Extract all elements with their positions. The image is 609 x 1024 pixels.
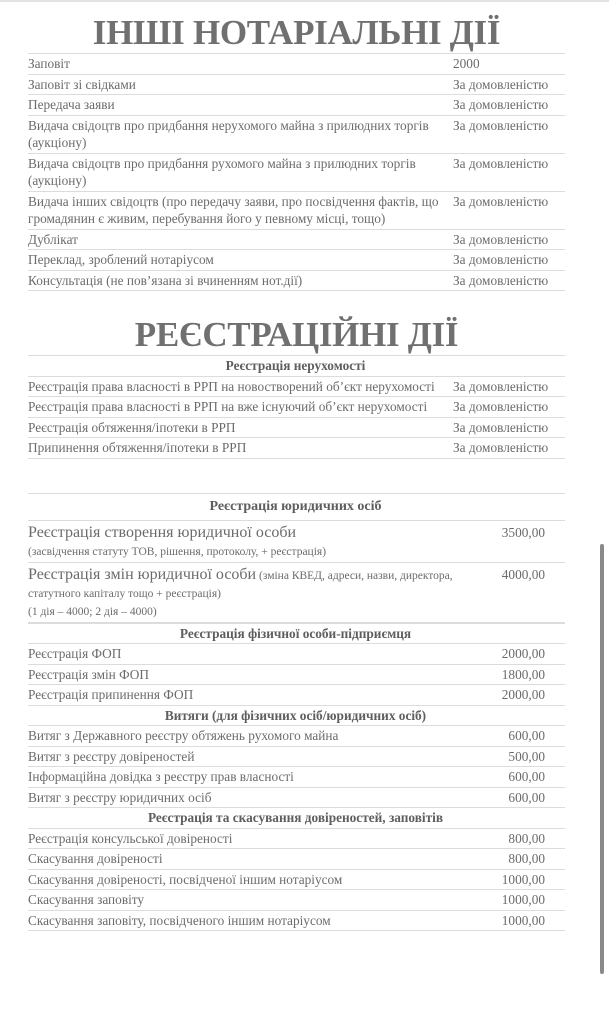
table-row: Скасування довіреності, посвідченої інши… <box>28 869 565 890</box>
table-section-header: Реєстрація юридичних осіб <box>28 493 565 521</box>
table-row: Реєстрація створення юридичної особи (за… <box>28 521 565 563</box>
table-row: Скасування довіреності800,00 <box>28 849 565 870</box>
price-cell: 3500,00 <box>473 521 565 563</box>
table-row: Реєстрація консульської довіреності800,0… <box>28 828 565 849</box>
service-cell: Скасування заповіту, посвідченого іншим … <box>28 910 473 931</box>
service-cell: Видача інших свідоцтв (про передачу заяв… <box>28 191 451 229</box>
service-note-2: (1 дія – 4000; 2 дія – 4000) <box>28 606 157 618</box>
table-row: Заповіт2000 <box>28 54 565 75</box>
table-row: Скасування заповіту, посвідченого іншим … <box>28 910 565 931</box>
price-cell: За домовленістю <box>453 397 565 418</box>
table-row: Передача заявиЗа домовленістю <box>28 95 565 116</box>
table-row: ДублікатЗа домовленістю <box>28 229 565 250</box>
price-cell: 500,00 <box>473 746 565 767</box>
price-cell: 1000,00 <box>473 910 565 931</box>
table-row: Заповіт зі свідкамиЗа домовленістю <box>28 74 565 95</box>
table-row: Реєстрація ФОП2000,00 <box>28 644 565 665</box>
service-cell: Дублікат <box>28 229 451 250</box>
price-list: ІНШІ НОТАРІАЛЬНІ ДІЇ Заповіт2000Заповіт … <box>28 0 565 931</box>
price-cell: За домовленістю <box>451 250 565 271</box>
service-cell: Витяг з реєстру юридичних осіб <box>28 787 473 808</box>
price-cell: За домовленістю <box>451 191 565 229</box>
table-row: Витяг з Державного реєстру обтяжень рухо… <box>28 726 565 747</box>
price-cell: За домовленістю <box>453 417 565 438</box>
service-cell: Реєстрація консульської довіреності <box>28 828 473 849</box>
service-cell: Переклад, зроблений нотаріусом <box>28 250 451 271</box>
service-cell: Інформаційна довідка з реєстру прав влас… <box>28 767 473 788</box>
service-cell: Реєстрація змін юридичної особи (зміна К… <box>28 562 473 622</box>
price-cell: За домовленістю <box>453 438 565 459</box>
price-cell: За домовленістю <box>451 115 565 153</box>
service-cell: Консультація (не пов’язана зі вчиненням … <box>28 270 451 291</box>
price-cell: За домовленістю <box>453 376 565 397</box>
service-note: (засвідчення статуту ТОВ, рішення, прото… <box>28 546 326 558</box>
price-cell: 2000 <box>451 54 565 75</box>
table-section-header: Реєстрація та скасування довіреностей, з… <box>28 808 565 829</box>
table-section-header: Реєстрація нерухомості <box>28 356 565 377</box>
table-row: Припинення обтяження/іпотеки в РРПЗа дом… <box>28 438 565 459</box>
section-heading-individual-entrepreneur: Реєстрація фізичної особи-підприємця <box>28 623 565 644</box>
section-heading-powers-wills: Реєстрація та скасування довіреностей, з… <box>28 808 565 829</box>
table-row: Витяг з реєстру довіреностей500,00 <box>28 746 565 767</box>
service-cell: Реєстрація ФОП <box>28 644 473 665</box>
price-cell: 1000,00 <box>473 869 565 890</box>
service-cell: Реєстрація припинення ФОП <box>28 685 473 706</box>
service-cell: Реєстрація права власності в РРП на вже … <box>28 397 453 418</box>
service-note: статутного капіталу тощо + реєстрація) <box>28 588 221 600</box>
table-row: Інформаційна довідка з реєстру прав влас… <box>28 767 565 788</box>
table-row: Реєстрація змін юридичної особи (зміна К… <box>28 562 565 622</box>
table-row: Реєстрація обтяження/іпотеки в РРПЗа дом… <box>28 417 565 438</box>
price-cell: За домовленістю <box>451 95 565 116</box>
price-cell: За домовленістю <box>451 229 565 250</box>
service-cell: Реєстрація права власності в РРП на ново… <box>28 376 453 397</box>
price-cell: 4000,00 <box>473 562 565 622</box>
table-row: Реєстрація змін ФОП1800,00 <box>28 664 565 685</box>
table-row: Видача свідоцтв про придбання рухомого м… <box>28 153 565 191</box>
table-row: Видача свідоцтв про придбання нерухомого… <box>28 115 565 153</box>
section-heading-real-estate: Реєстрація нерухомості <box>28 356 565 377</box>
price-cell: 1800,00 <box>473 664 565 685</box>
price-cell: За домовленістю <box>451 74 565 95</box>
table-row: Реєстрація припинення ФОП2000,00 <box>28 685 565 706</box>
table-row: Видача інших свідоцтв (про передачу заяв… <box>28 191 565 229</box>
table-section-header: Реєстрація фізичної особи-підприємця <box>28 623 565 644</box>
service-cell: Скасування заповіту <box>28 890 473 911</box>
service-cell: Витяг з реєстру довіреностей <box>28 746 473 767</box>
registration-fees-table-cont: Реєстрація фізичної особи-підприємцяРеєс… <box>28 623 565 932</box>
price-cell: 2000,00 <box>473 644 565 665</box>
price-cell: За домовленістю <box>451 153 565 191</box>
price-cell: 800,00 <box>473 849 565 870</box>
service-note-inline: (зміна КВЕД, адреси, назви, директора, <box>256 570 453 582</box>
table-section-header: Витяги (для фізичних осіб/юридичних осіб… <box>28 705 565 726</box>
table-row: Переклад, зроблений нотаріусомЗа домовле… <box>28 250 565 271</box>
price-cell: 600,00 <box>473 787 565 808</box>
table-row: Реєстрація права власності в РРП на вже … <box>28 397 565 418</box>
price-cell: 1000,00 <box>473 890 565 911</box>
section-title-other-actions: ІНШІ НОТАРІАЛЬНІ ДІЇ <box>28 0 565 53</box>
section-title-registration-actions: РЕЄСТРАЦІЙНІ ДІЇ <box>28 311 565 355</box>
real-estate-table: Реєстрація нерухомості Реєстрація права … <box>28 355 565 459</box>
table-row: Витяг з реєстру юридичних осіб600,00 <box>28 787 565 808</box>
service-cell: Скасування довіреності, посвідченої інши… <box>28 869 473 890</box>
service-cell: Передача заяви <box>28 95 451 116</box>
service-name: Реєстрація змін юридичної особи <box>28 566 256 583</box>
service-name: Реєстрація створення юридичної особи <box>28 524 296 541</box>
scrollbar-thumb[interactable] <box>600 544 604 974</box>
price-cell: 600,00 <box>473 726 565 747</box>
registration-fees-table: Реєстрація юридичних осіб Реєстрація ств… <box>28 493 565 623</box>
service-cell: Заповіт <box>28 54 451 75</box>
service-cell: Реєстрація обтяження/іпотеки в РРП <box>28 417 453 438</box>
service-cell: Заповіт зі свідками <box>28 74 451 95</box>
service-cell: Видача свідоцтв про придбання рухомого м… <box>28 153 451 191</box>
table-row: Консультація (не пов’язана зі вчиненням … <box>28 270 565 291</box>
service-cell: Реєстрація змін ФОП <box>28 664 473 685</box>
section-heading-extracts: Витяги (для фізичних осіб/юридичних осіб… <box>28 705 565 726</box>
price-cell: 2000,00 <box>473 685 565 706</box>
section-heading-legal-entities: Реєстрація юридичних осіб <box>28 493 565 521</box>
price-cell: 600,00 <box>473 767 565 788</box>
service-cell: Видача свідоцтв про придбання нерухомого… <box>28 115 451 153</box>
price-cell: За домовленістю <box>451 270 565 291</box>
price-cell: 800,00 <box>473 828 565 849</box>
service-cell: Витяг з Державного реєстру обтяжень рухо… <box>28 726 473 747</box>
table-row: Реєстрація права власності в РРП на ново… <box>28 376 565 397</box>
table-row: Скасування заповіту1000,00 <box>28 890 565 911</box>
service-cell: Скасування довіреності <box>28 849 473 870</box>
service-cell: Реєстрація створення юридичної особи (за… <box>28 521 473 563</box>
other-actions-table: Заповіт2000Заповіт зі свідкамиЗа домовле… <box>28 53 565 291</box>
service-cell: Припинення обтяження/іпотеки в РРП <box>28 438 453 459</box>
